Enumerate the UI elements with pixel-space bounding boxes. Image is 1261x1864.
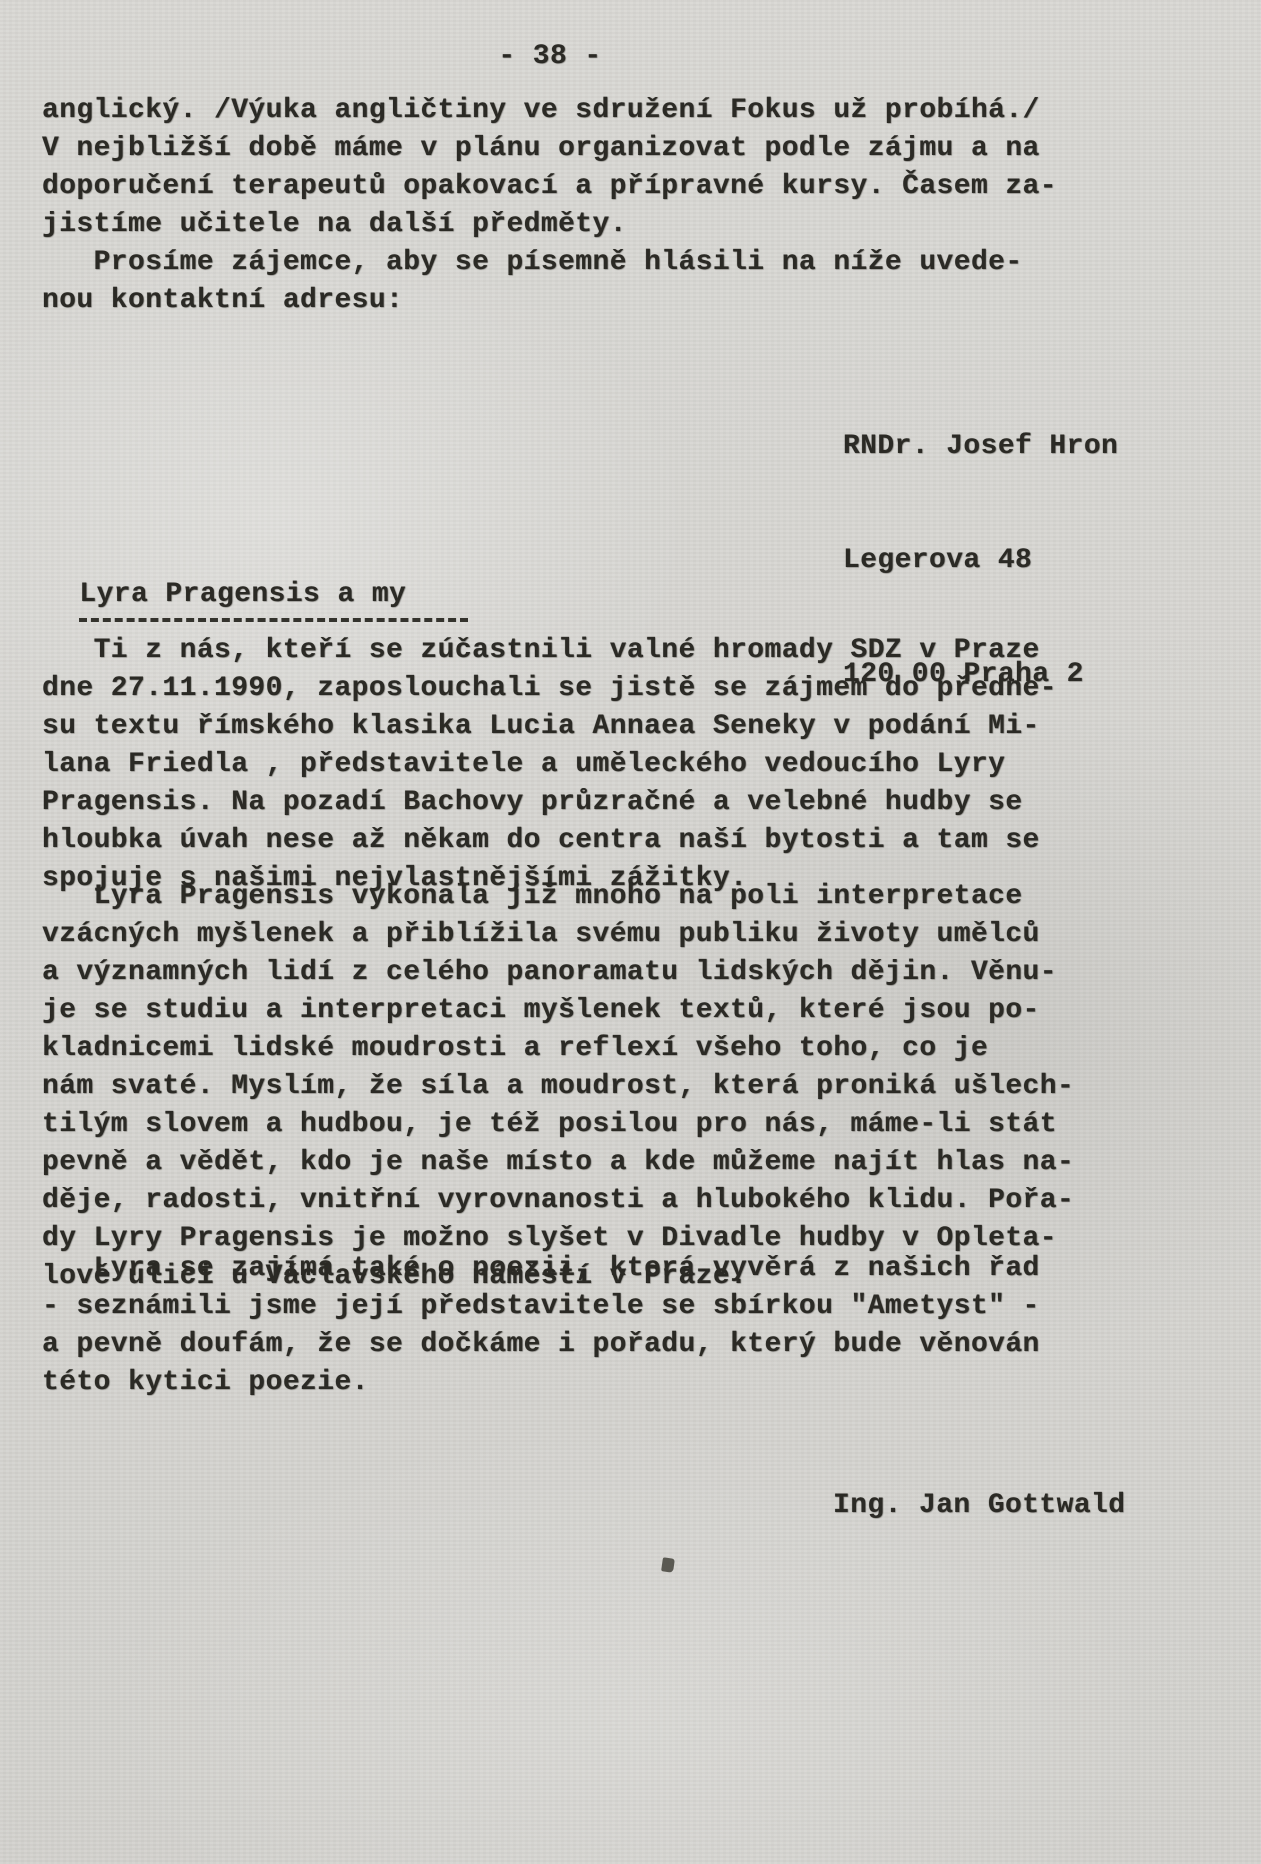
address-name: RNDr. Josef Hron xyxy=(843,428,1118,466)
signature: Ing. Jan Gottwald xyxy=(833,1487,1125,1525)
section-heading-wrap: Lyra Pragensis a my xyxy=(45,538,468,622)
section-paragraph-3: Lyra se zajímá také o poezii, která vyvě… xyxy=(42,1250,1040,1402)
section-paragraph-1: Ti z nás, kteří se zúčastnili valné hrom… xyxy=(42,632,1057,898)
address-street: Legerova 48 xyxy=(843,542,1118,580)
page-number: - 38 - xyxy=(0,38,1100,76)
section-heading: Lyra Pragensis a my xyxy=(79,576,468,622)
section-paragraph-2: Lyra Pragensis vykonala již mnoho na pol… xyxy=(42,878,1074,1296)
intro-paragraph: anglický. /Výuka angličtiny ve sdružení … xyxy=(42,92,1057,320)
ink-speck xyxy=(661,1557,675,1573)
